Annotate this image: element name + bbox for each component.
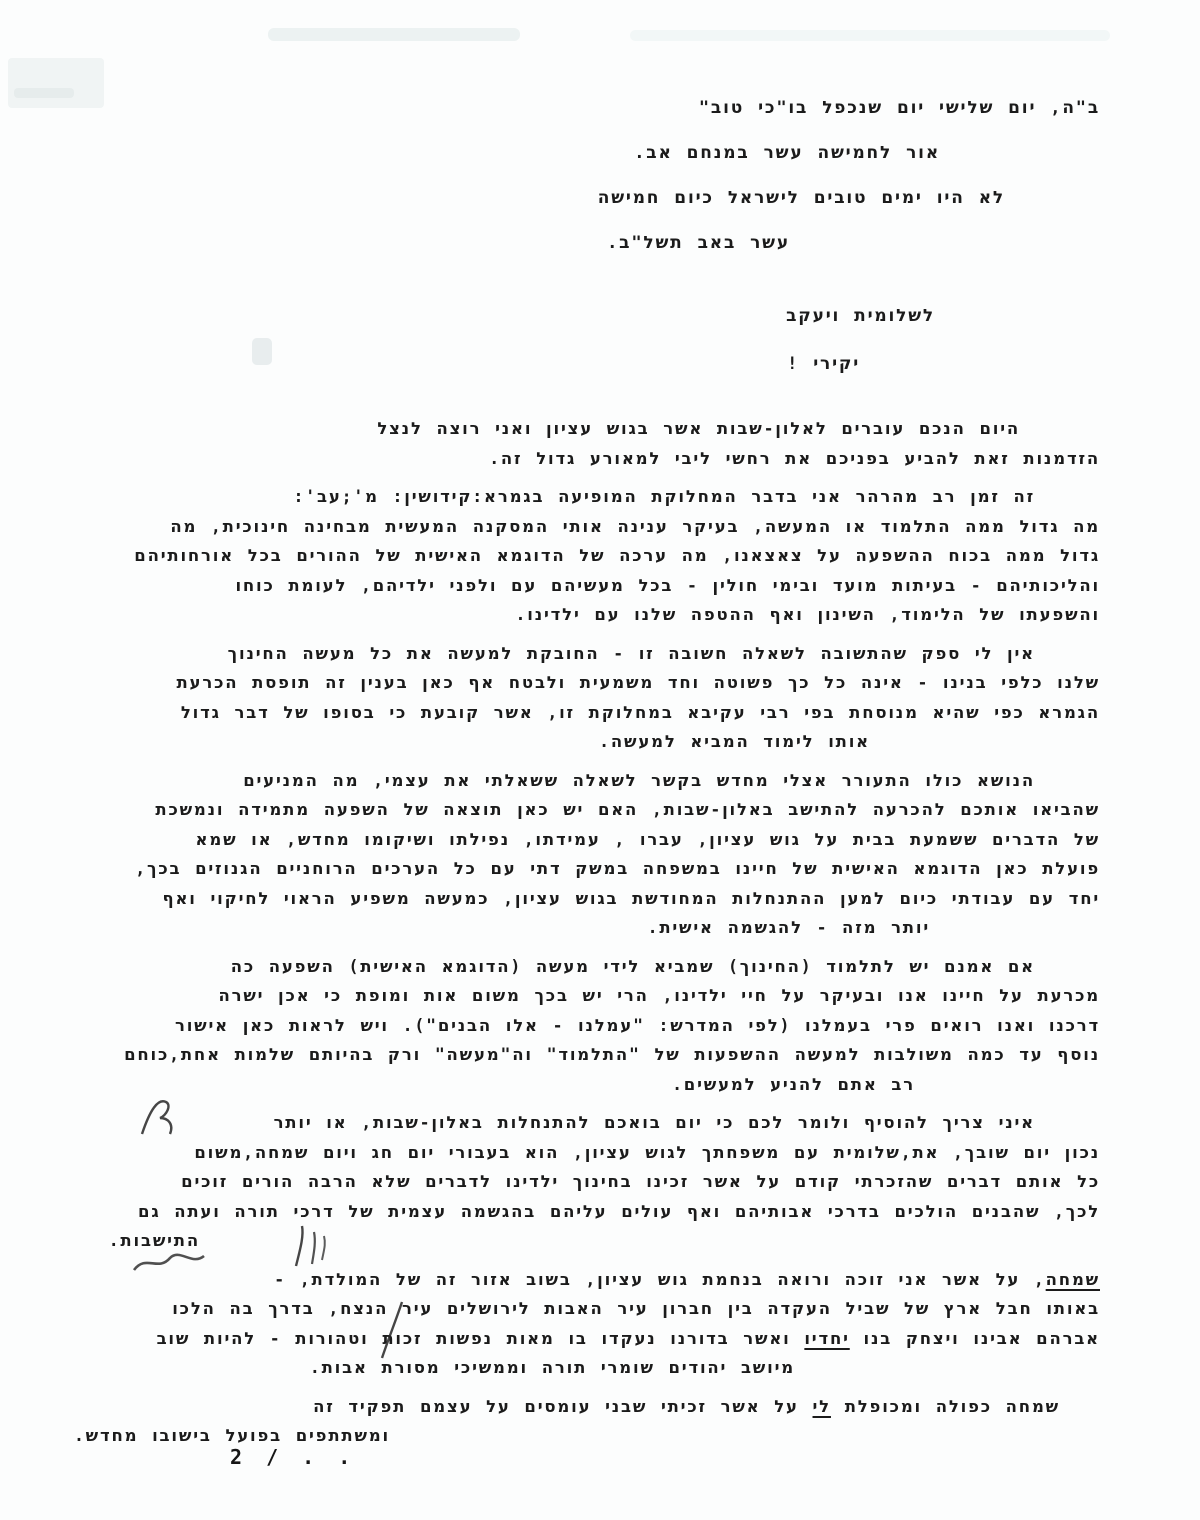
text-segment: של הדברים ששמעת בבית על גוש עציון, עברו … — [196, 830, 1100, 849]
text-segment: ומשתתפים בפועל בישובו מחדש. — [74, 1426, 390, 1445]
text-segment: גדול ממה בכוח ההשפעה על צאצאנו, מה ערכה … — [134, 546, 1100, 565]
paragraph: אם אמנם יש לתלמוד (החינוך) שמביא לידי מע… — [85, 952, 1100, 1100]
header-line: לא היו ימים טובים לישראל כיום חמישה — [85, 176, 1100, 221]
text-segment: אם אמנם יש לתלמוד (החינוך) שמביא לידי מע… — [231, 957, 1035, 976]
text-line: של הדברים ששמעת בבית על גוש עציון, עברו … — [85, 825, 1100, 855]
text-line: זה זמן רב מהרהר אני בדבר המחלוקת המופיעה… — [85, 482, 1100, 512]
text-segment: הזדמנות זאת להביע בפניכם את רחשי ליבי למ… — [489, 449, 1100, 468]
underlined-text: יחדיו — [804, 1329, 849, 1348]
text-line: איני צריך להוסיף ולומר לכם כי יום בואכם … — [85, 1108, 1100, 1138]
text-segment: התישבות. — [109, 1231, 200, 1250]
text-line: והליכותיהם - בעיתות מועד ובימי חולין - ב… — [85, 571, 1100, 601]
text-line: שהביאו אותכם להכרעה להתישב באלון-שבות, ה… — [85, 795, 1100, 825]
text-line: אין לי ספק שהתשובה לשאלה חשובה זו - החוב… — [85, 639, 1100, 669]
underlined-text: לי — [813, 1397, 831, 1416]
text-segment: אברהם אבינו ויצחק בנו — [850, 1329, 1100, 1348]
text-segment: אותו לימוד המביא למעשה. — [599, 732, 870, 751]
page-marker: 2 / . . — [230, 1445, 356, 1469]
header-line: ב"ה, יום שלישי יום שנכפל בו"כי טוב" — [85, 86, 1100, 131]
text-line: נכון יום שובך, את,שלומית עם משפחתך לגוש … — [85, 1138, 1100, 1168]
salutation-recipients: לשלומית ויעקב — [85, 292, 1100, 340]
salutation: לשלומית ויעקב יקירי ! — [0, 266, 1200, 388]
text-segment: היום הנכם עוברים לאלון-שבות אשר בגוש עצי… — [377, 419, 1020, 438]
text-segment: באותו חבל ארץ של שביל העקדה בין חברון עי… — [172, 1299, 1100, 1318]
text-segment: נוסף עד כמה משולבות למעשה ההשפעות של "הת… — [124, 1045, 1100, 1064]
text-line: פועלת כאן הדוגמא האישית של חיינו במשפחה … — [85, 854, 1100, 884]
text-segment: פועלת כאן הדוגמא האישית של חיינו במשפחה … — [135, 859, 1100, 878]
text-segment: , על אשר אני זוכה ורואה בנחמת גוש עציון,… — [274, 1270, 1045, 1289]
paragraph: הנושא כולו התעורר אצלי מחדש בקשר לשאלה ש… — [85, 766, 1100, 943]
text-segment: והשפעתו של הלימוד, השינון ואף ההטפה שלנו… — [516, 605, 1100, 624]
scanned-letter-page: ב"ה, יום שלישי יום שנכפל בו"כי טוב" אור … — [0, 0, 1200, 1520]
paragraph: שמחה, על אשר אני זוכה ורואה בנחמת גוש עצ… — [85, 1265, 1100, 1383]
text-line: שמחה כפולה ומכופלת לי על אשר זכיתי שבני … — [85, 1392, 1100, 1422]
text-line: הגמרא כפי שהיא מנוסחת בפי רבי עקיבא במחל… — [85, 698, 1100, 728]
text-segment: שמחה כפולה ומכופלת — [831, 1397, 1060, 1416]
text-line: נוסף עד כמה משולבות למעשה ההשפעות של "הת… — [85, 1040, 1100, 1070]
text-segment: רב אתם להניע למעשים. — [672, 1075, 915, 1094]
paragraph: זה זמן רב מהרהר אני בדבר המחלוקת המופיעה… — [85, 482, 1100, 630]
text-line: כל אותם דברים שהזכרתי קודם על אשר זכינו … — [85, 1167, 1100, 1197]
text-line: דרכנו ואנו רואים פרי בעמלנו (לפי המדרש: … — [85, 1011, 1100, 1041]
text-line: מכרעת על חיינו אנו ובעיקר על חיי ילדינו,… — [85, 981, 1100, 1011]
text-segment: מכרעת על חיינו אנו ובעיקר על חיי ילדינו,… — [218, 986, 1100, 1005]
text-line: אברהם אבינו ויצחק בנו יחדיו ואשר בדורנו … — [85, 1324, 1100, 1354]
text-line: שמחה, על אשר אני זוכה ורואה בנחמת גוש עצ… — [85, 1265, 1100, 1295]
letter-body: היום הנכם עוברים לאלון-שבות אשר בגוש עצי… — [0, 388, 1200, 1451]
text-segment: והליכותיהם - בעיתות מועד ובימי חולין - ב… — [235, 576, 1100, 595]
text-line: אם אמנם יש לתלמוד (החינוך) שמביא לידי מע… — [85, 952, 1100, 982]
text-segment: מה גדול ממה התלמוד או המעשה, בעיקר ענינה… — [170, 517, 1100, 536]
paragraph: איני צריך להוסיף ולומר לכם כי יום בואכם … — [85, 1108, 1100, 1256]
text-line: הזדמנות זאת להביע בפניכם את רחשי ליבי למ… — [85, 444, 1100, 474]
text-line: הנושא כולו התעורר אצלי מחדש בקשר לשאלה ש… — [85, 766, 1100, 796]
text-segment: שהביאו אותכם להכרעה להתישב באלון-שבות, ה… — [155, 800, 1100, 819]
text-segment: על אשר זכיתי שבני עומסים על עצמם תפקיד ז… — [313, 1397, 812, 1416]
text-segment: איני צריך להוסיף ולומר לכם כי יום בואכם … — [274, 1113, 1035, 1132]
text-segment: לכך, שהבנים הולכים בדרכי אבותיהם ואף עול… — [138, 1202, 1100, 1221]
salutation-greeting: יקירי ! — [85, 340, 1100, 388]
text-segment: נכון יום שובך, את,שלומית עם משפחתך לגוש … — [194, 1143, 1100, 1162]
text-line: יחד עם עבודתי כיום למען ההתנחלות המחודשת… — [85, 884, 1100, 914]
text-line: רב אתם להניע למעשים. — [85, 1070, 1100, 1100]
text-line: מיושב יהודים שומרי תורה וממשיכי מסורת אב… — [85, 1353, 1100, 1383]
paragraph: אין לי ספק שהתשובה לשאלה חשובה זו - החוב… — [85, 639, 1100, 757]
text-segment: אין לי ספק שהתשובה לשאלה חשובה זו - החוב… — [228, 644, 1035, 663]
text-segment: יותר מזה - להגשמה אישית. — [648, 918, 930, 937]
text-segment: שלנו כלפי בנינו - אינה כל כך פשוטה וחד מ… — [176, 673, 1100, 692]
paragraph: היום הנכם עוברים לאלון-שבות אשר בגוש עצי… — [85, 414, 1100, 473]
text-segment: זה זמן רב מהרהר אני בדבר המחלוקת המופיעה… — [293, 487, 1035, 506]
header-line: עשר באב תשל"ב. — [85, 221, 1100, 266]
text-line: יותר מזה - להגשמה אישית. — [85, 913, 1100, 943]
text-line: באותו חבל ארץ של שביל העקדה בין חברון עי… — [85, 1294, 1100, 1324]
text-line: לכך, שהבנים הולכים בדרכי אבותיהם ואף עול… — [85, 1197, 1100, 1227]
paragraph: שמחה כפולה ומכופלת לי על אשר זכיתי שבני … — [85, 1392, 1100, 1451]
text-segment: ואשר בדורנו נעקדו בו מאות נפשות זכות וטה… — [157, 1329, 805, 1348]
text-line: היום הנכם עוברים לאלון-שבות אשר בגוש עצי… — [85, 414, 1100, 444]
text-line: גדול ממה בכוח ההשפעה על צאצאנו, מה ערכה … — [85, 541, 1100, 571]
text-line: התישבות. — [85, 1226, 1100, 1256]
text-line: שלנו כלפי בנינו - אינה כל כך פשוטה וחד מ… — [85, 668, 1100, 698]
text-line: אותו לימוד המביא למעשה. — [85, 727, 1100, 757]
text-segment: יחד עם עבודתי כיום למען ההתנחלות המחודשת… — [163, 889, 1100, 908]
text-segment: הגמרא כפי שהיא מנוסחת בפי רבי עקיבא במחל… — [181, 703, 1100, 722]
text-line: מה גדול ממה התלמוד או המעשה, בעיקר ענינה… — [85, 512, 1100, 542]
text-segment: הנושא כולו התעורר אצלי מחדש בקשר לשאלה ש… — [243, 771, 1035, 790]
letter-header: ב"ה, יום שלישי יום שנכפל בו"כי טוב" אור … — [0, 0, 1200, 266]
text-segment: כל אותם דברים שהזכרתי קודם על אשר זכינו … — [181, 1172, 1100, 1191]
header-line: אור לחמישה עשר במנחם אב. — [85, 131, 1100, 176]
text-segment: מיושב יהודים שומרי תורה וממשיכי מסורת אב… — [310, 1358, 795, 1377]
underlined-text: שמחה — [1046, 1270, 1100, 1289]
text-line: והשפעתו של הלימוד, השינון ואף ההטפה שלנו… — [85, 600, 1100, 630]
text-segment: דרכנו ואנו רואים פרי בעמלנו (לפי המדרש: … — [175, 1016, 1100, 1035]
